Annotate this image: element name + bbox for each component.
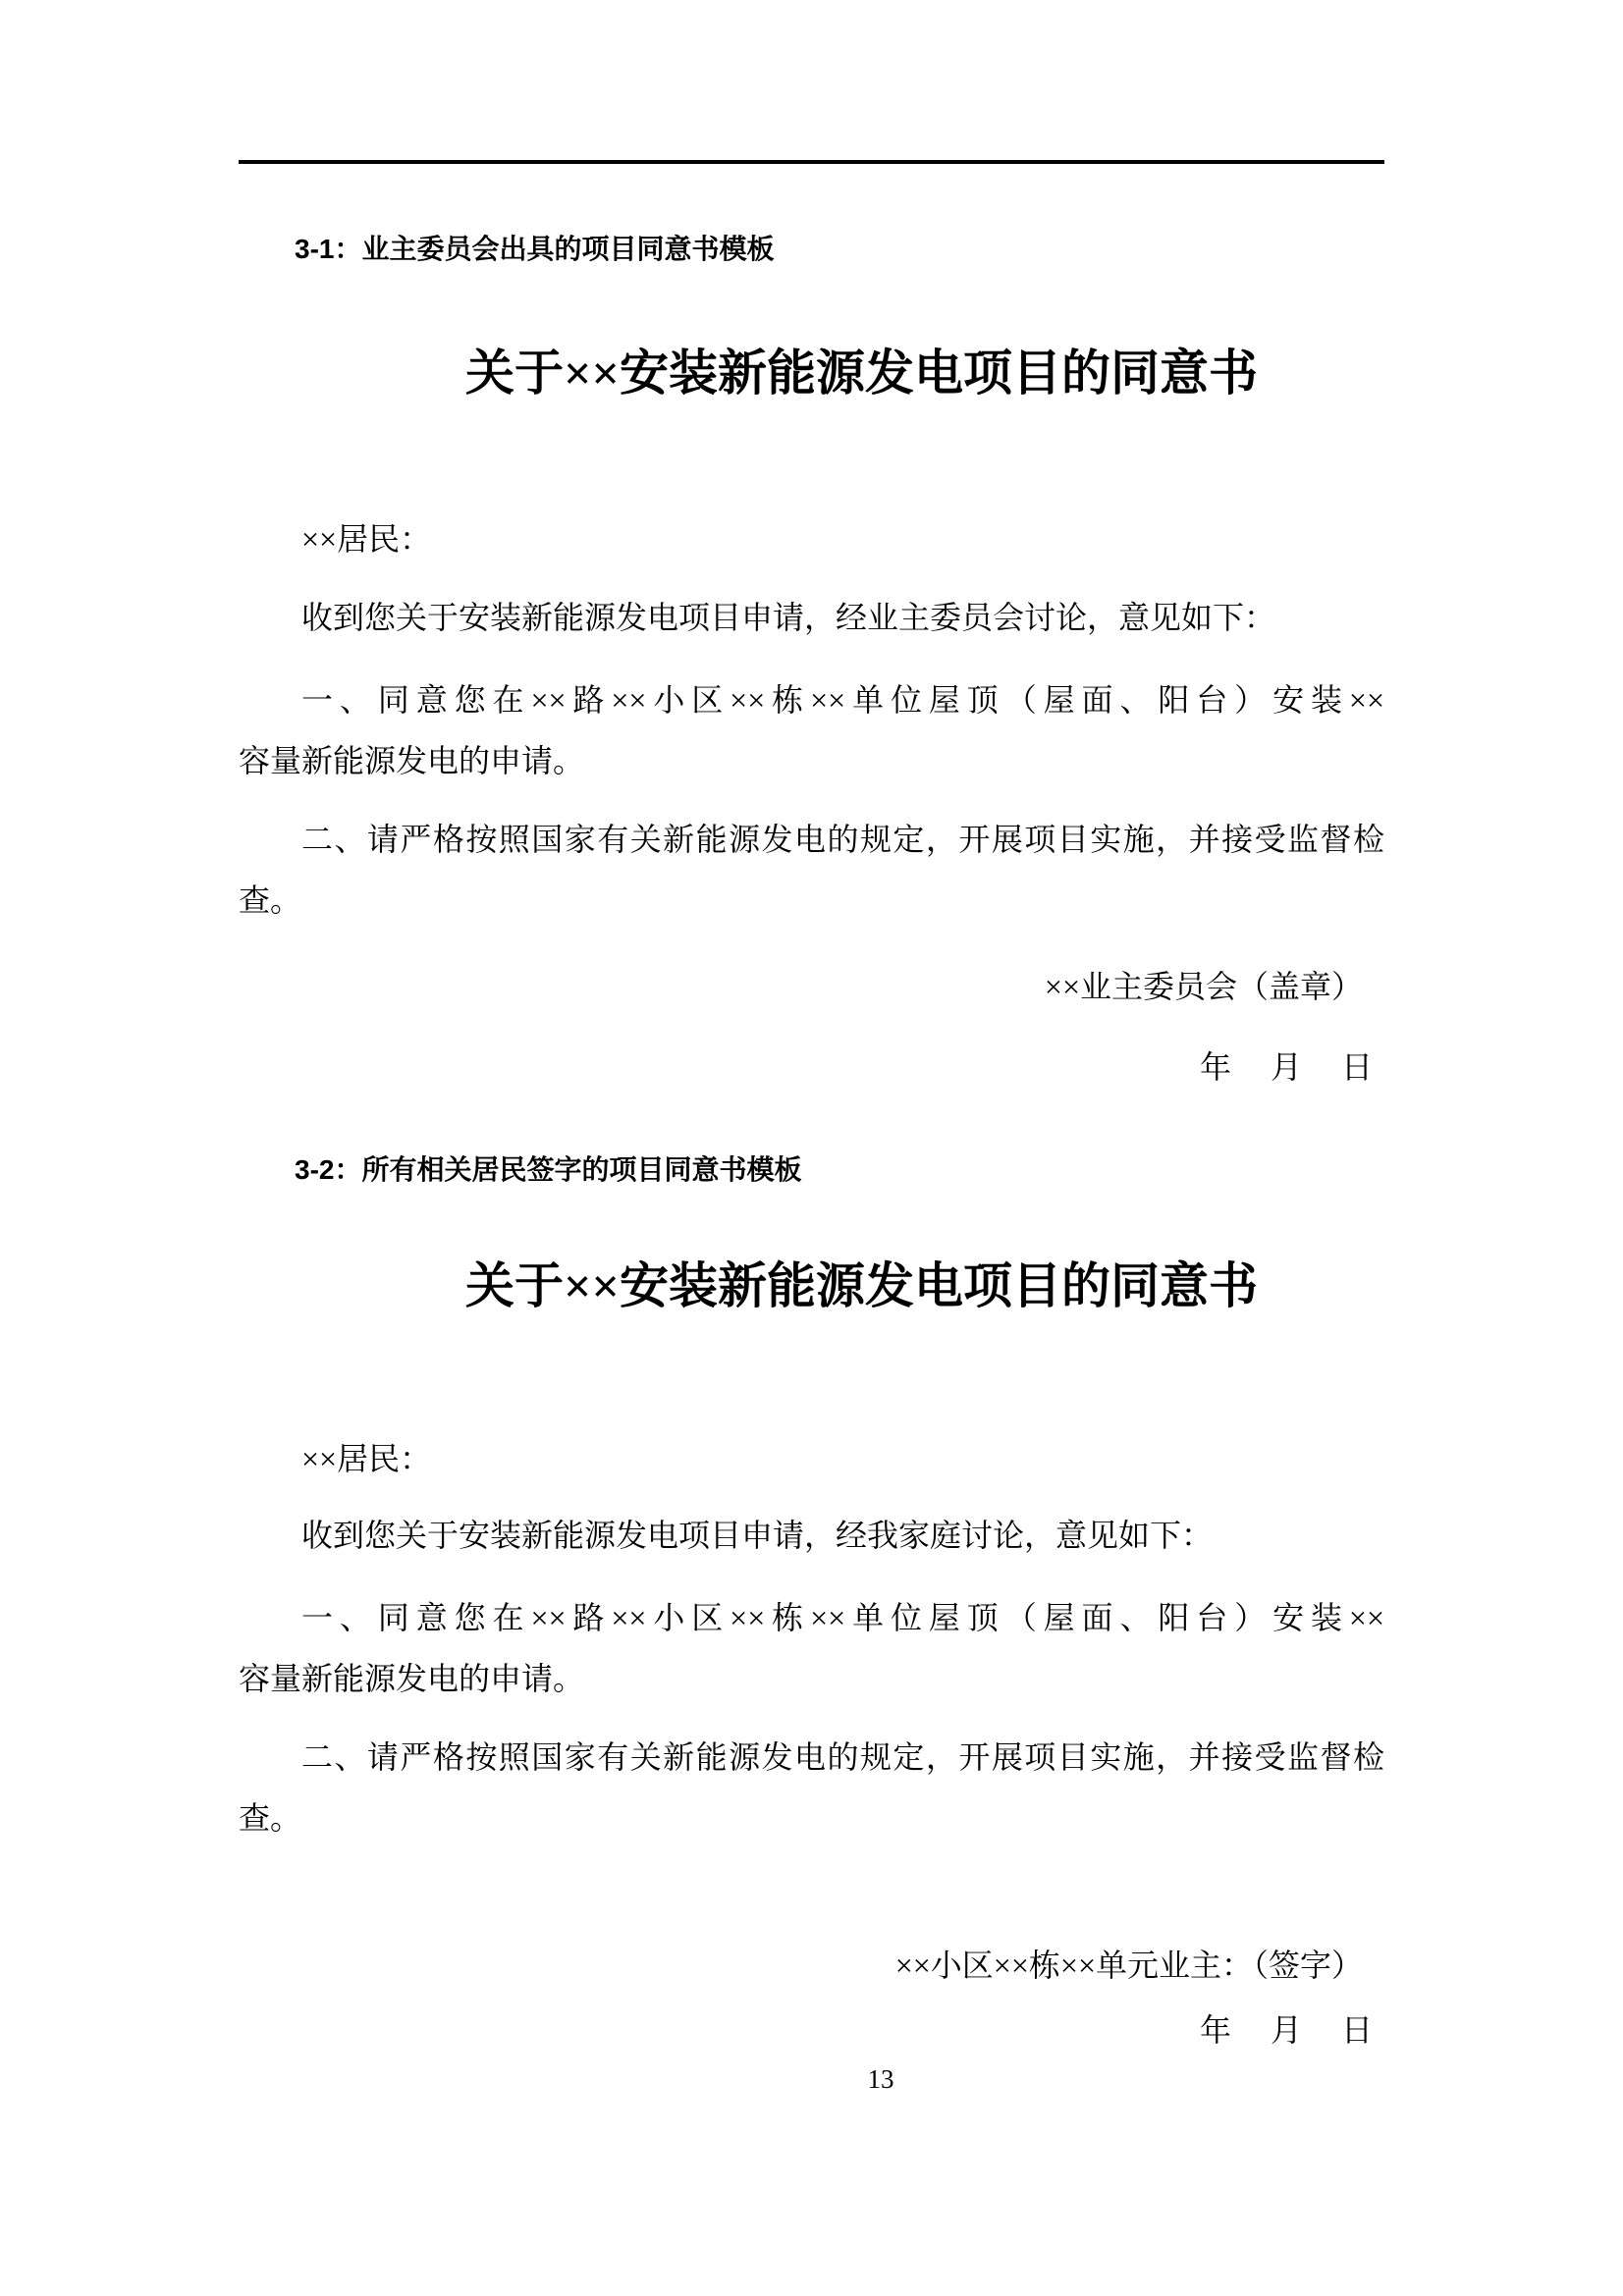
paragraph-2-item2-line1: 二、请严格按照国家有关新能源发电的规定，开展项目实施，并接受监督检 [239,1727,1384,1788]
paragraph-1-item2-line1: 二、请严格按照国家有关新能源发电的规定，开展项目实施，并接受监督检 [239,809,1384,870]
salutation-1: ××居民： [239,508,1384,569]
date-line-2: 年 月 日 [239,2000,1384,2060]
content-column: 3-1：业主委员会出具的项目同意书模板 关于××安装新能源发电项目的同意书 ××… [239,0,1384,2060]
salutation-2: ××居民： [239,1428,1384,1489]
document-title-1: 关于××安装新能源发电项目的同意书 [289,339,1434,407]
section-3-1-label: 3-1：业主委员会出具的项目同意书模板 [239,228,1384,271]
paragraph-1-intro: 收到您关于安装新能源发电项目申请，经业主委员会讨论，意见如下： [239,587,1384,648]
section-3-2-label: 3-2：所有相关居民签字的项目同意书模板 [239,1148,1384,1192]
document-page: 3-1：业主委员会出具的项目同意书模板 关于××安装新能源发电项目的同意书 ××… [0,0,1623,2296]
paragraph-1-item1-line2: 容量新能源发电的申请。 [239,730,1384,791]
date-line-1: 年 月 日 [239,1037,1384,1097]
paragraph-2-item2-line2: 查。 [239,1788,1384,1848]
paragraph-2-intro: 收到您关于安装新能源发电项目申请，经我家庭讨论，意见如下： [239,1505,1384,1566]
document-title-2: 关于××安装新能源发电项目的同意书 [289,1252,1434,1320]
signature-line-1: ××业主委员会（盖章） [239,956,1384,1017]
header-divider [239,160,1384,164]
signature-line-2: ××小区××栋××单元业主：（签字） [239,1935,1384,1996]
page-number: 13 [783,2059,979,2099]
paragraph-2-item1-line2: 容量新能源发电的申请。 [239,1648,1384,1709]
paragraph-1-item2-line2: 查。 [239,870,1384,931]
paragraph-2-item1-line1: 一、同意您在××路××小区××栋××单位屋顶（屋面、阳台）安装×× [239,1587,1384,1648]
paragraph-1-item1-line1: 一、同意您在××路××小区××栋××单位屋顶（屋面、阳台）安装×× [239,669,1384,730]
